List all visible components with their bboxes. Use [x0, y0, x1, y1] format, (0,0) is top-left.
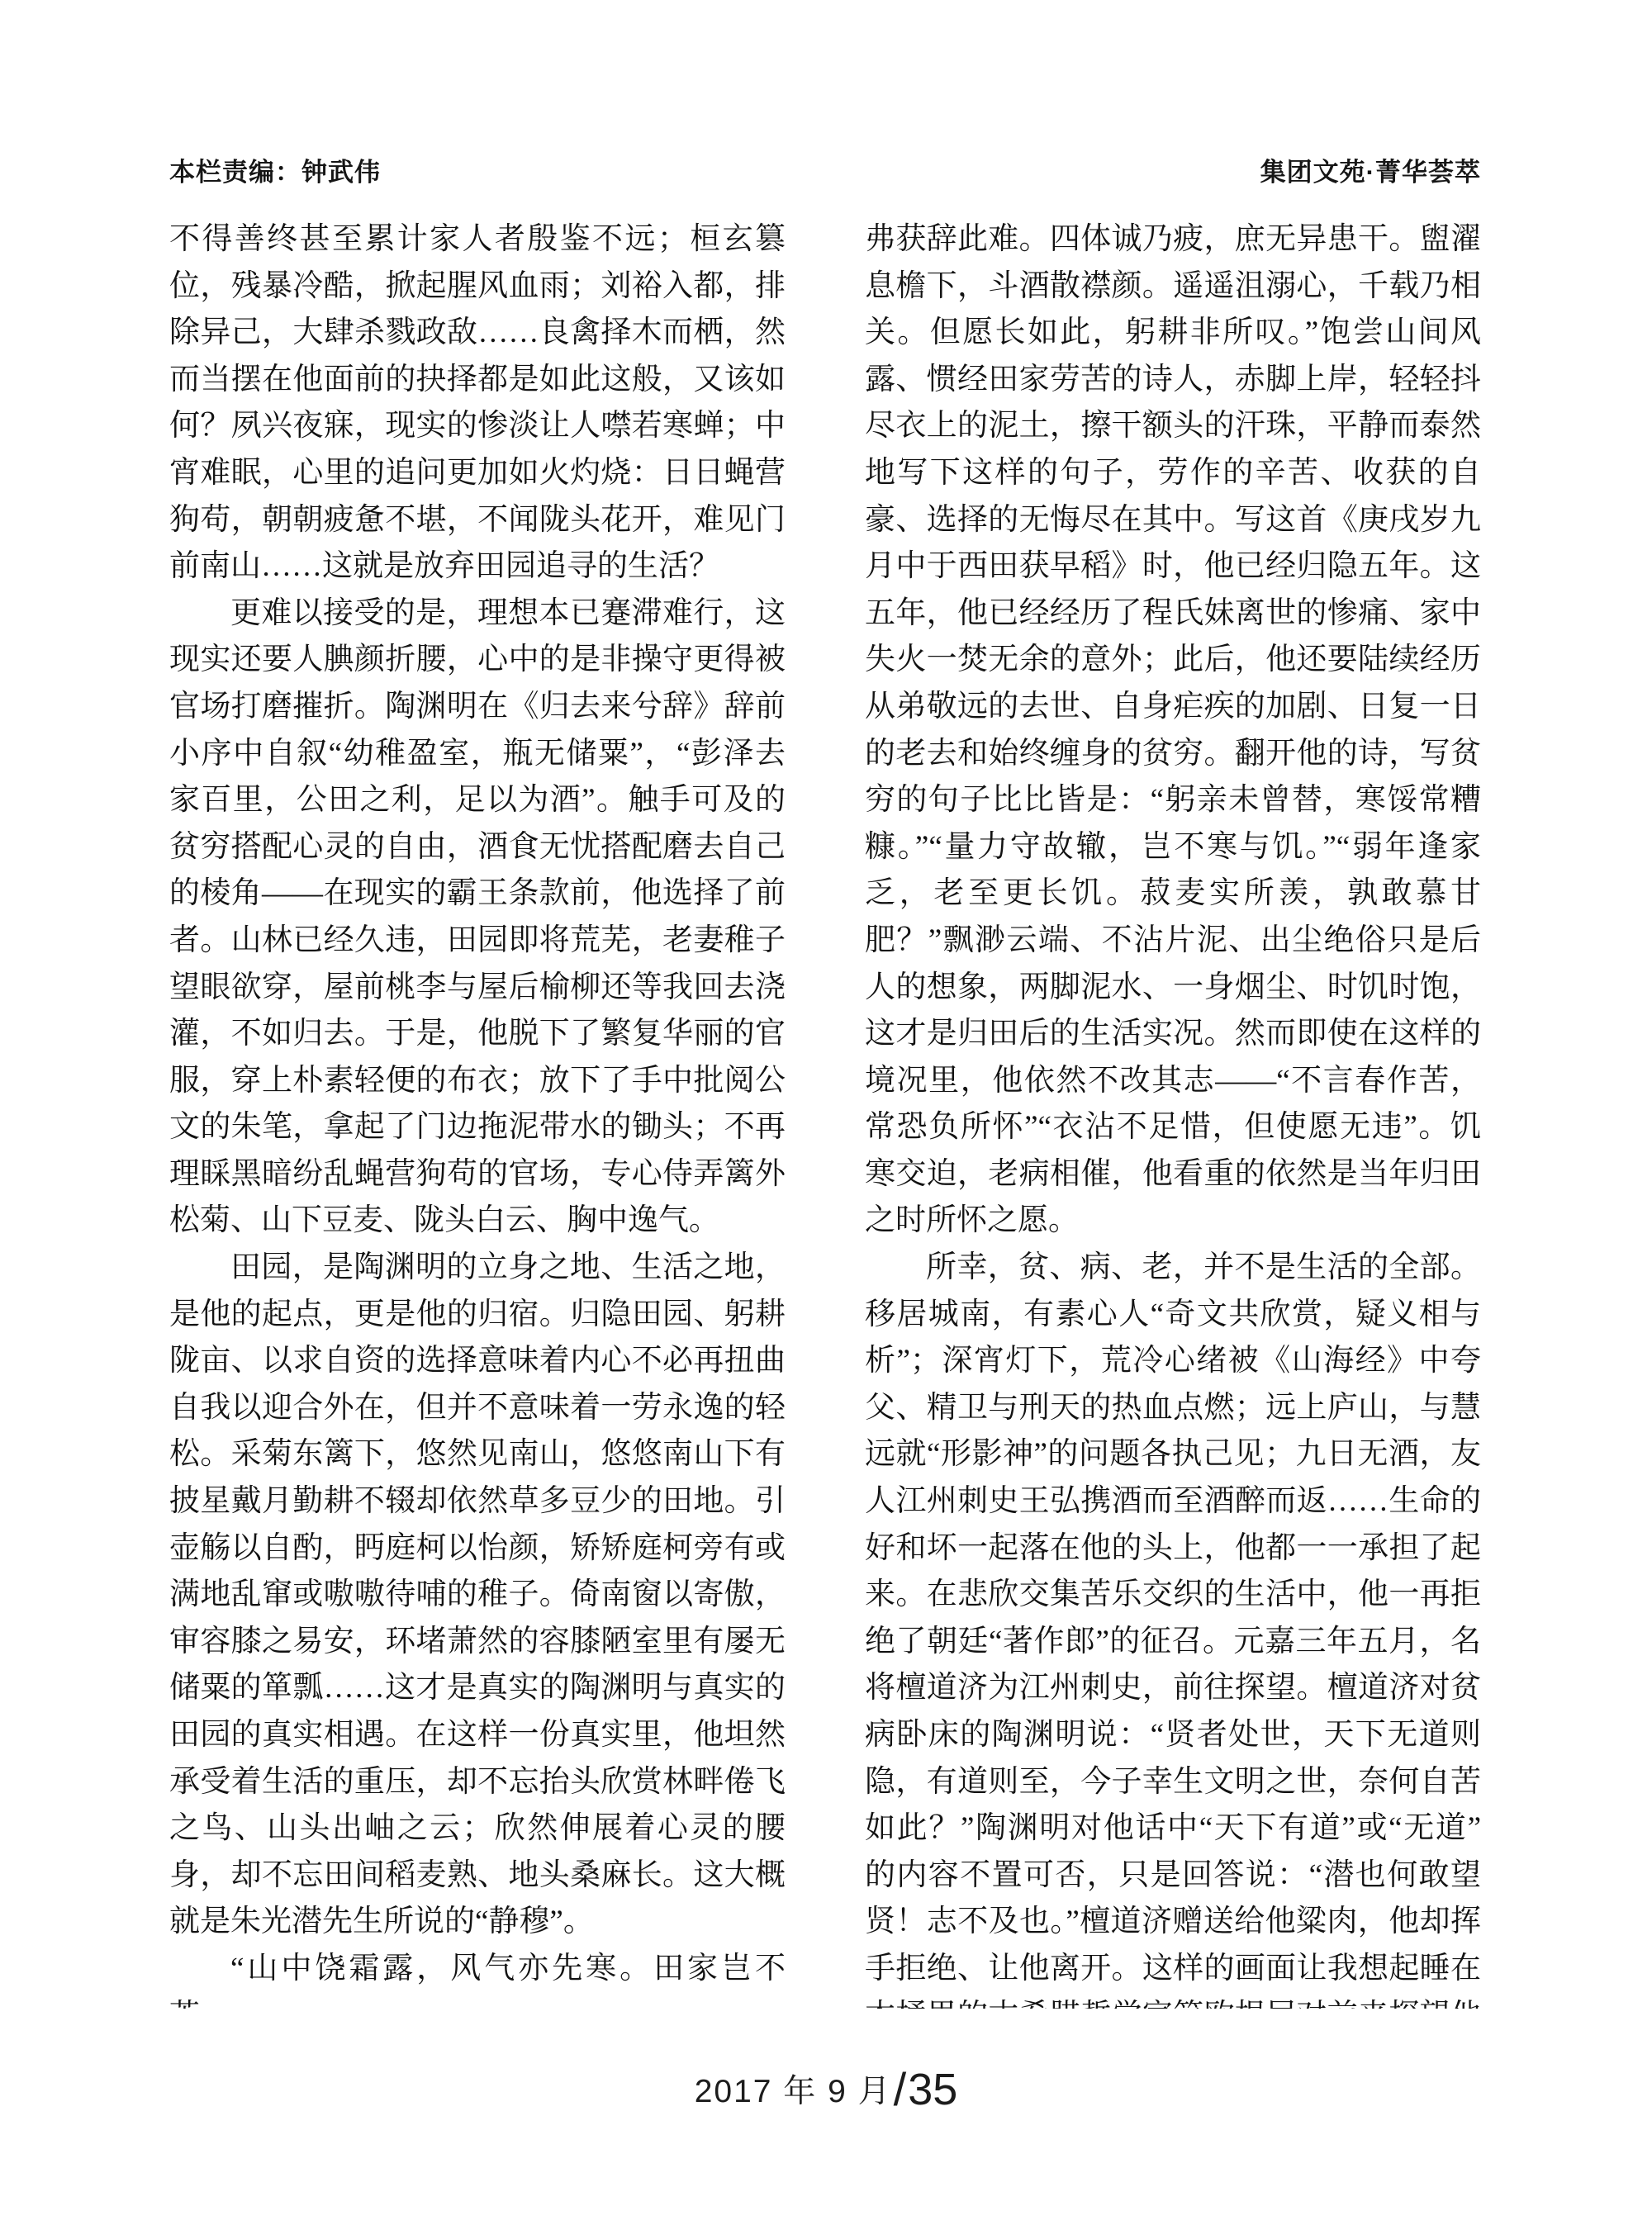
paragraph: 所幸，贫、病、老，并不是生活的全部。移居城南，有素心人“奇文共欣赏，疑义相与析”… — [865, 1245, 1481, 2009]
section-title: 集团文苑·菁华荟萃 — [1260, 151, 1481, 188]
paragraph: 不得善终甚至累计家人者殷鉴不远；桓玄篡位，残暴冷酷，掀起腥风血雨；刘裕入都，排除… — [169, 216, 786, 591]
paragraph: 更难以接受的是，理想本已蹇滞难行，这现实还要人腆颜折腰，心中的是非操守更得被官场… — [169, 591, 786, 1245]
page-footer: 2017 年 9 月/35 — [0, 2062, 1652, 2116]
issue-date: 2017 年 9 月 — [695, 2074, 892, 2109]
editor-credit: 本栏责编：钟武伟 — [169, 151, 381, 188]
magazine-page: 本栏责编：钟武伟 集团文苑·菁华荟萃 不得善终甚至累计家人者殷鉴不远；桓玄篡位，… — [0, 0, 1652, 2225]
article-body: 不得善终甚至累计家人者殷鉴不远；桓玄篡位，残暴冷酷，掀起腥风血雨；刘裕入都，排除… — [169, 216, 1481, 2009]
paragraph: 弗获辞此难。四体诚乃疲，庶无异患干。盥濯息檐下，斗酒散襟颜。遥遥沮溺心，千载乃相… — [865, 216, 1481, 1245]
slash-separator: / — [892, 2063, 909, 2115]
paragraph: “山中饶霜露，风气亦先寒。田家岂不苦， — [169, 1946, 786, 2009]
page-number: 35 — [908, 2065, 957, 2114]
paragraph: 田园，是陶渊明的立身之地、生活之地，是他的起点，更是他的归宿。归隐田园、躬耕陇亩… — [169, 1245, 786, 1946]
right-column: 弗获辞此难。四体诚乃疲，庶无异患干。盥濯息檐下，斗酒散襟颜。遥遥沮溺心，千载乃相… — [865, 216, 1481, 2009]
page-header: 本栏责编：钟武伟 集团文苑·菁华荟萃 — [169, 151, 1481, 188]
left-column: 不得善终甚至累计家人者殷鉴不远；桓玄篡位，残暴冷酷，掀起腥风血雨；刘裕入都，排除… — [169, 216, 786, 2009]
